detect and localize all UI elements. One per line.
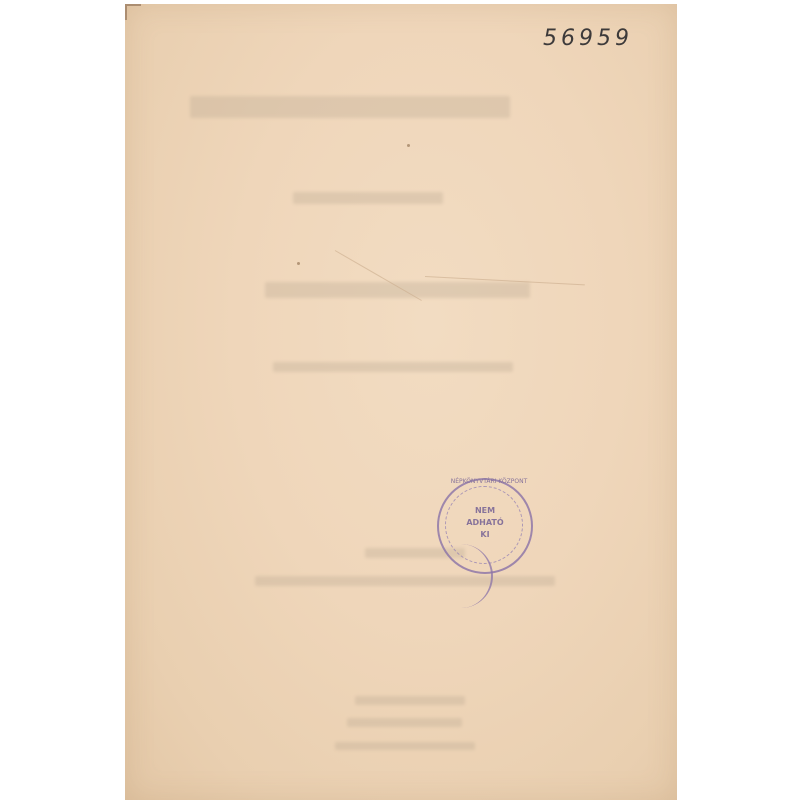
faded-text-line [273, 362, 513, 372]
document-page: 56959 NEM ADHATÓ KI NÉPKÖNYVTÁRI KÖZPONT [125, 4, 677, 800]
stamp-text-line1: NEM [439, 506, 531, 516]
faded-text-line [255, 576, 555, 586]
paper-spot [297, 262, 300, 265]
stamp-text-line2: ADHATÓ [439, 518, 531, 528]
faded-subtitle-line [293, 192, 443, 204]
handwritten-catalog-number: 56959 [543, 26, 633, 51]
faded-imprint-line [347, 718, 462, 727]
paper-spot [407, 144, 410, 147]
stamp-text-line3: KI [439, 530, 531, 540]
stamp-ring-text: NÉPKÖNYVTÁRI KÖZPONT [449, 478, 529, 485]
faded-author-line [265, 282, 530, 298]
faded-title-line [190, 96, 510, 118]
faded-imprint-line [355, 696, 465, 705]
page-corner-mark [125, 4, 141, 20]
faded-imprint-line [335, 742, 475, 750]
